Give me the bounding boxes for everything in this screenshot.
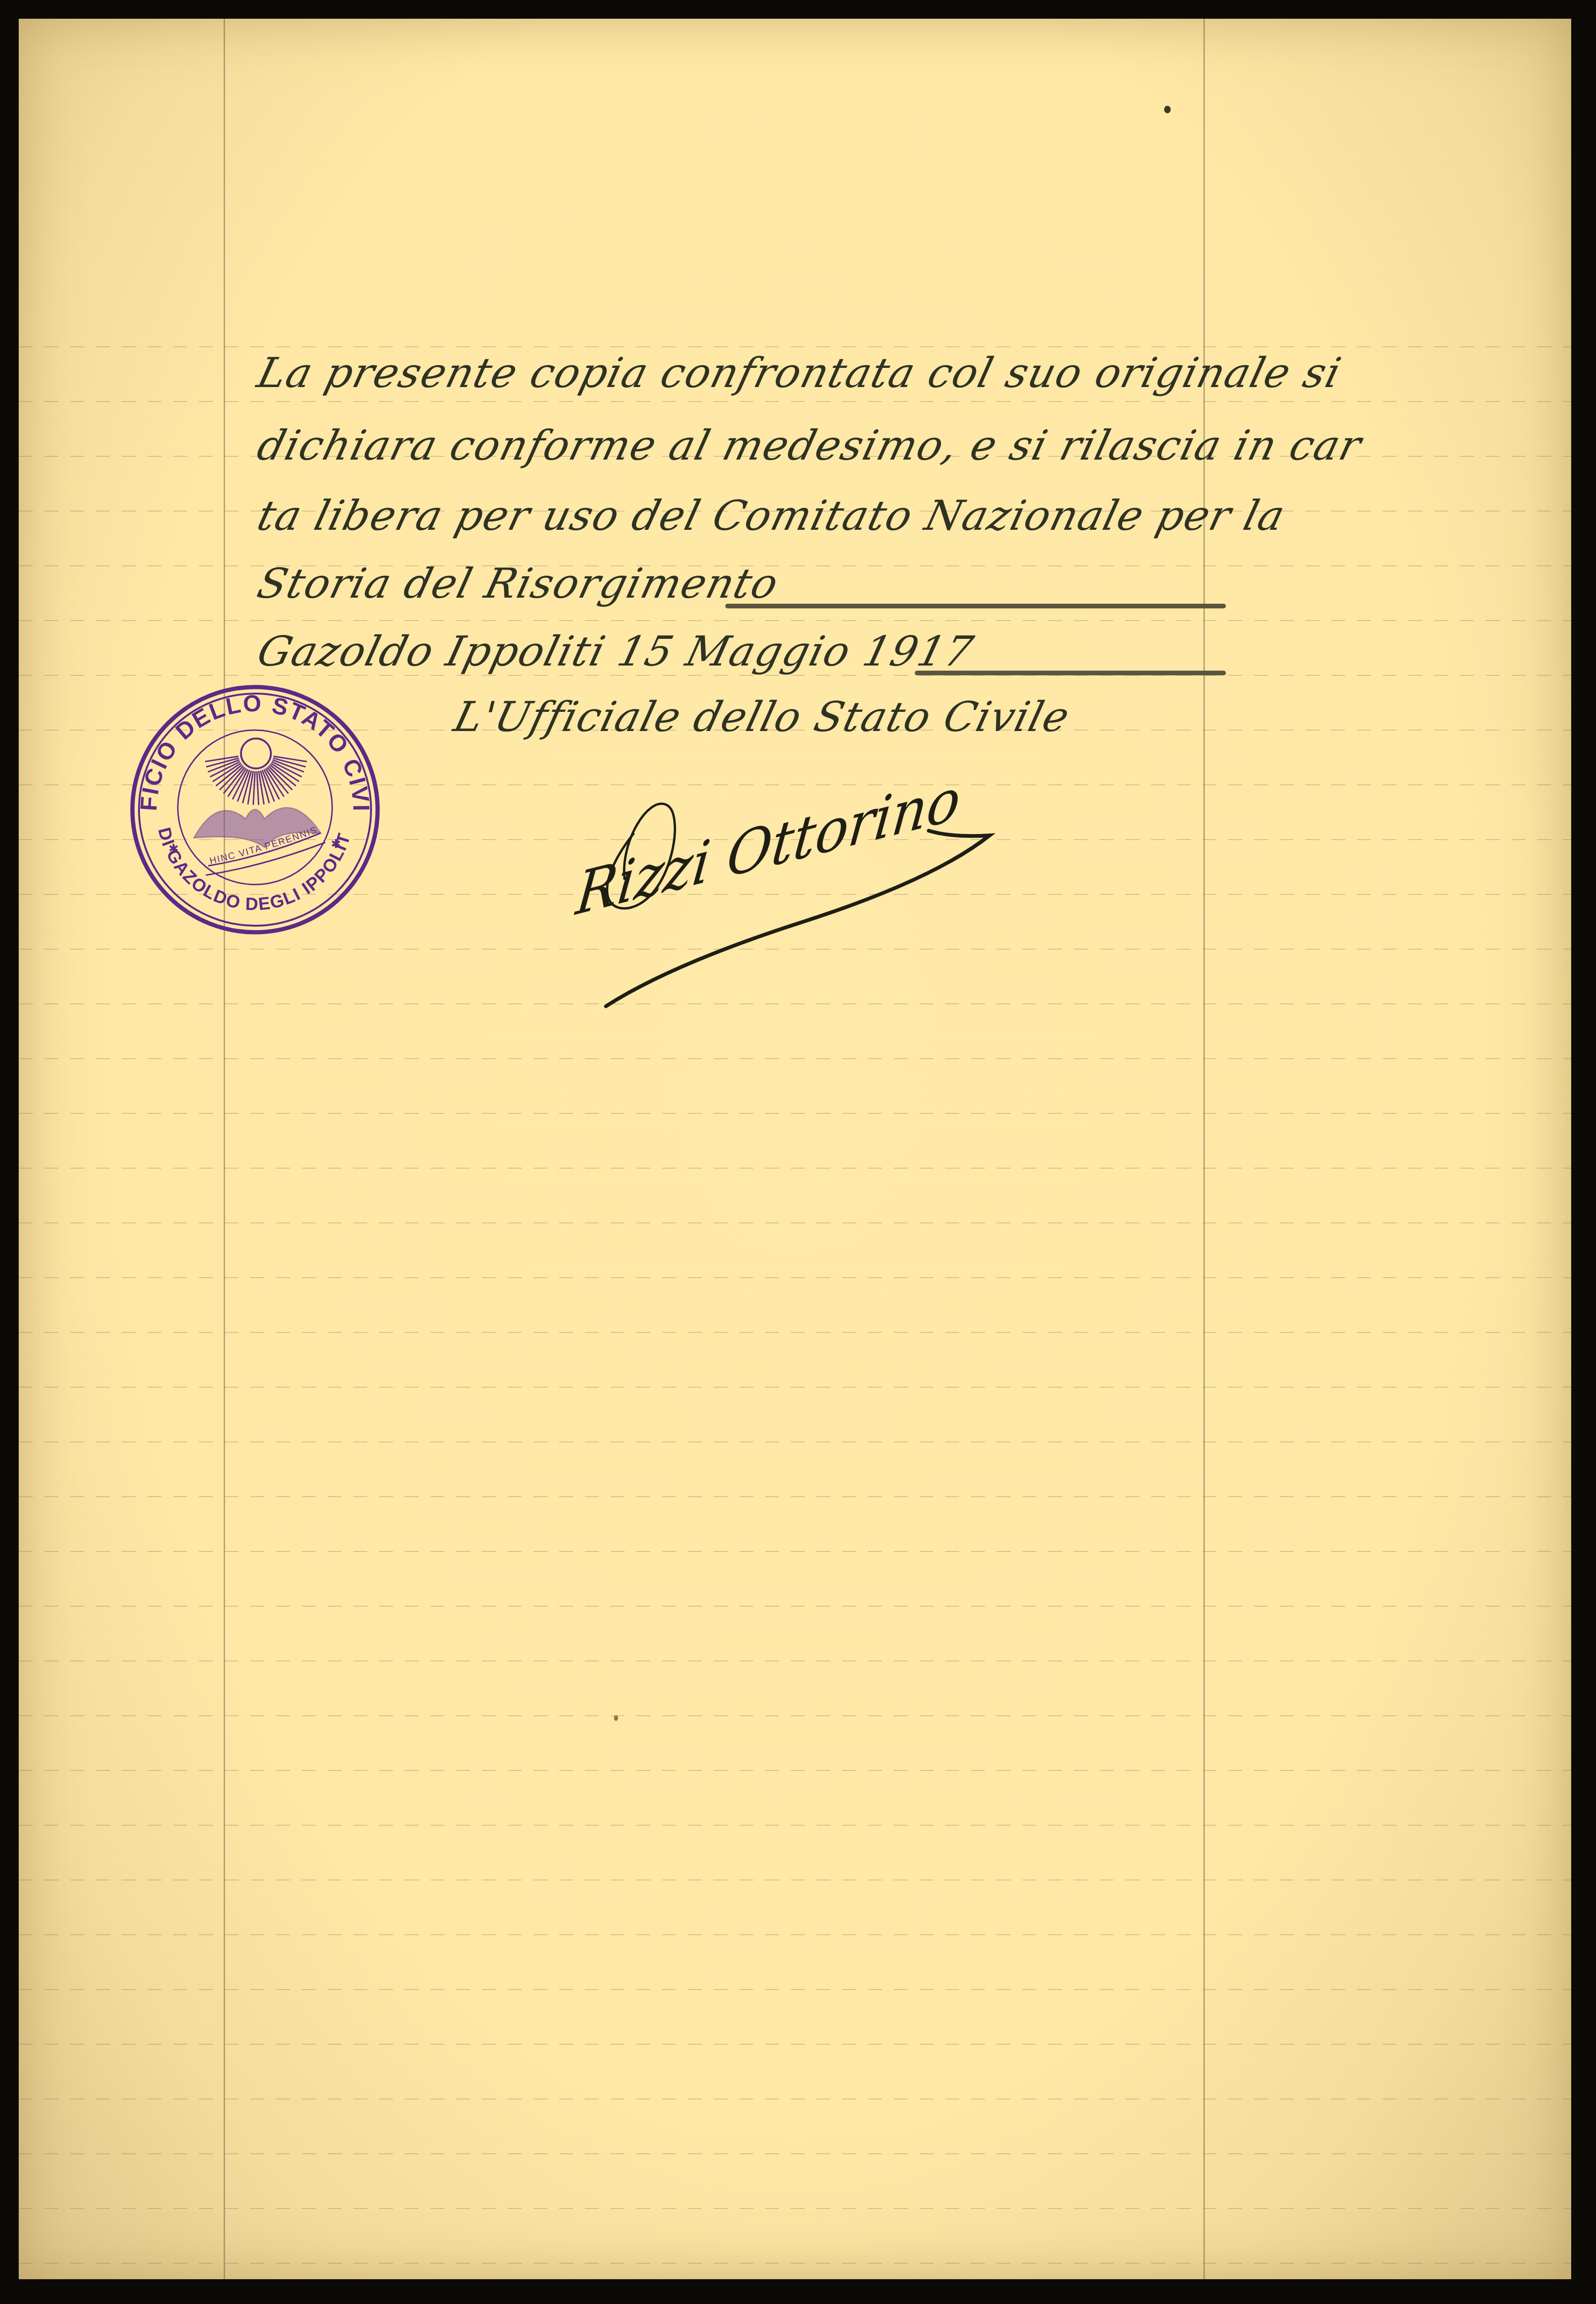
fill-line-1 — [725, 604, 1226, 608]
ruled-line — [19, 1168, 1571, 1169]
text-line-3: ta libera per uso del Comitato Nazionale… — [253, 491, 1290, 540]
text-line-2: dichiara conforme al medesimo, e si rila… — [253, 421, 1367, 469]
place-date: Gazoldo Ippoliti 15 Maggio 1917 — [253, 627, 979, 675]
ruled-line — [19, 1222, 1571, 1223]
star-icon: ✱ — [331, 837, 341, 851]
ruled-line — [19, 1058, 1571, 1059]
ruled-line — [19, 1387, 1571, 1388]
ruled-line — [19, 1551, 1571, 1552]
ink-speck — [614, 1715, 618, 1721]
text-line-4: Storia del Risorgimento — [253, 559, 784, 607]
left-margin-rule — [224, 19, 225, 2279]
official-title: L'Ufficiale dello Stato Civile — [449, 693, 1075, 741]
ruled-line — [19, 620, 1571, 621]
ruled-line — [19, 1496, 1571, 1497]
ruled-line — [19, 1277, 1571, 1278]
ruled-line — [19, 346, 1571, 347]
ruled-line — [19, 1660, 1571, 1661]
ruled-line — [19, 1880, 1571, 1880]
ruled-line — [19, 1934, 1571, 1935]
ruled-line — [19, 1332, 1571, 1333]
sun-emblem-icon — [205, 739, 306, 805]
ruled-line — [19, 2099, 1571, 2099]
star-icon: ✱ — [168, 841, 179, 856]
fill-line-2 — [915, 671, 1226, 675]
ruled-line — [19, 2263, 1571, 2264]
civil-registry-stamp: UFFICIO DELLO STATO CIVILE DI GAZOLDO DE… — [124, 679, 386, 941]
ink-speck — [1164, 106, 1171, 113]
ruled-line — [19, 1989, 1571, 1990]
ruled-line — [19, 1825, 1571, 1826]
ruled-line — [19, 401, 1571, 402]
ruled-line — [19, 1113, 1571, 1114]
document-page: La presente copia confrontata col suo or… — [19, 19, 1571, 2279]
ruled-line — [19, 1441, 1571, 1442]
ruled-line — [19, 565, 1571, 566]
ruled-line — [19, 2044, 1571, 2045]
ruled-line — [19, 1770, 1571, 1771]
ruled-line — [19, 1715, 1571, 1716]
ruled-line — [19, 2153, 1571, 2154]
ruled-line — [19, 1606, 1571, 1607]
ruled-line — [19, 2208, 1571, 2209]
text-line-1: La presente copia confrontata col suo or… — [253, 349, 1347, 397]
